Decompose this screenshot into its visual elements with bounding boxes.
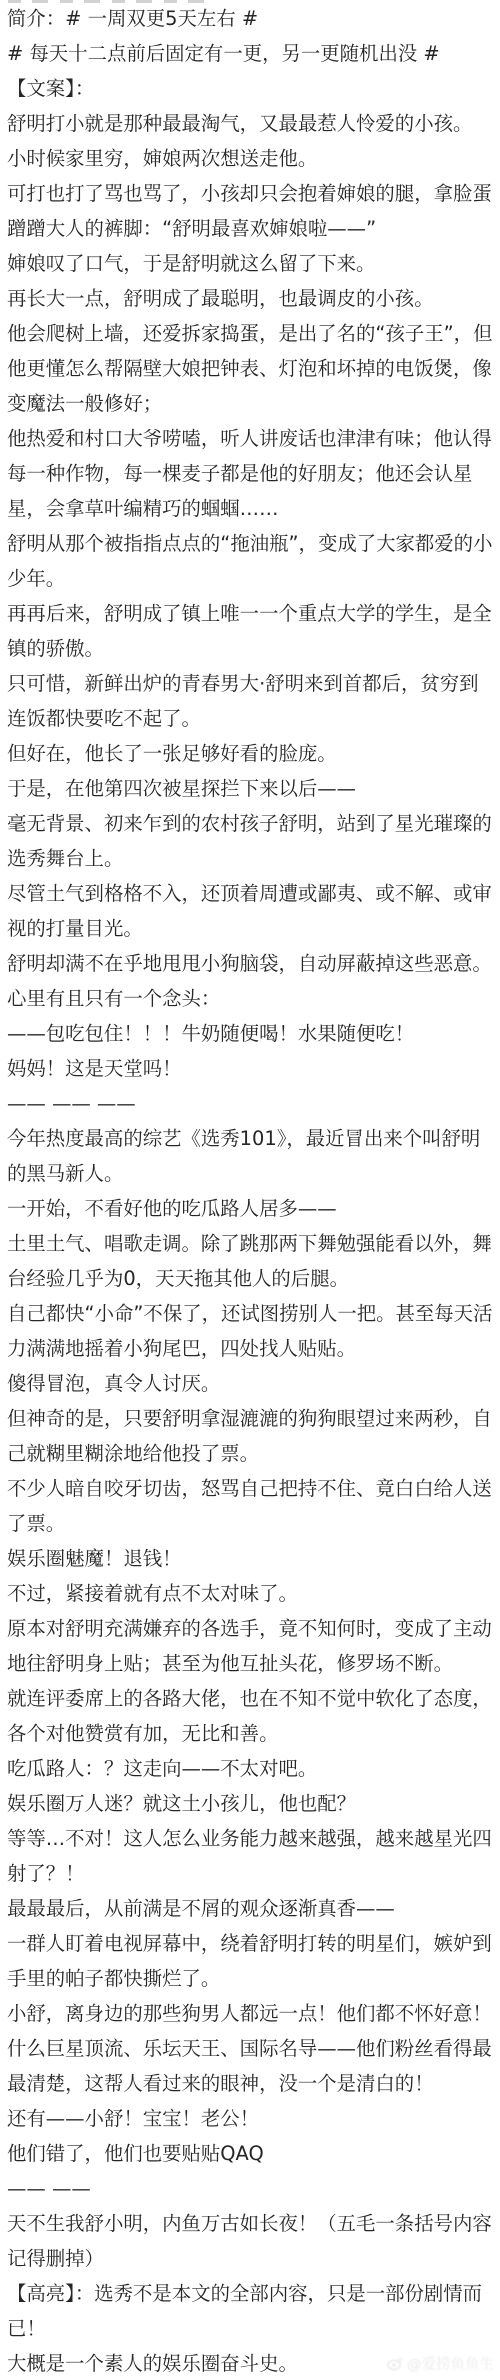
paragraph: 吃瓜路人：？这走向——不太对吧。: [7, 1751, 495, 1786]
paragraph: 【高亮】：选秀不是本文的全部内容，只是一部份剧情而已！: [7, 2276, 495, 2346]
paragraph: 他们错了，他们也要贴贴QAQ: [7, 2136, 495, 2171]
paragraph: 不过，紧接着就有点不太对味了。: [7, 1576, 495, 1611]
paragraph: 什么巨星顶流、乐坛天王、国际名导——他们粉丝看得最最清楚，这帮人看过来的眼神，没…: [7, 2031, 495, 2101]
paragraph: 一群人盯着电视屏幕中，绕着舒明打转的明星们，嫉妒到手里的帕子都快撕烂了。: [7, 1926, 495, 1996]
paragraph: 再长大一点，舒明成了最聪明，也最调皮的小孩。: [7, 281, 495, 316]
paragraph: 心里有且只有一个念头：: [7, 981, 495, 1016]
paragraph: 于是，在他第四次被星探拦下来以后——: [7, 771, 495, 806]
divider-line: —— ——: [7, 2171, 495, 2206]
paragraph: 只可惜，新鲜出炉的青春男大·舒明来到首都后，贫穷到连饭都快要吃不起了。: [7, 666, 495, 736]
paragraph: ——包吃包住！！！牛奶随便喝！水果随便吃！: [7, 1016, 495, 1051]
paragraph: 再再后来，舒明成了镇上唯一一个重点大学的学生，是全镇的骄傲。: [7, 596, 495, 666]
paragraph: # 每天十二点前后固定有一更，另一更随机出没 #: [7, 36, 495, 71]
paragraph: 婶娘叹了口气，于是舒明就这么留了下来。: [7, 246, 495, 281]
paragraph: 原本对舒明充满嫌弃的各选手，竟不知何时，变成了主动地往舒明身上贴；甚至为他互扯头…: [7, 1611, 495, 1681]
paragraph: 还有——小舒！宝宝！老公！: [7, 2101, 495, 2136]
paragraph: 但神奇的是，只要舒明拿湿漉漉的狗狗眼望过来两秒，自己就糊里糊涂地给他投了票。: [7, 1401, 495, 1471]
paragraph: 他会爬树上墙，还爱拆家捣蛋，是出了名的“孩子王”，但他更懂怎么帮隔壁大娘把钟表、…: [7, 316, 495, 421]
paragraph: 娱乐圈魅魔！退钱！: [7, 1541, 495, 1576]
paragraph: 等等…不对！这人怎么业务能力越来越强，越来越星光四射了？！: [7, 1821, 495, 1891]
paragraph: 舒明打小就是那种最最淘气，又最最惹人怜爱的小孩。: [7, 106, 495, 141]
paragraph: 可打也打了骂也骂了，小孩却只会抱着婶娘的腿，拿脸蛋蹭蹭大人的裤脚：“舒明最喜欢婶…: [7, 176, 495, 246]
paragraph: 土里土气、唱歌走调。除了跳那两下舞勉强能看以外，舞台经验几乎为0，天天拖其他人的…: [7, 1226, 495, 1296]
paragraph: 毫无背景、初来乍到的农村孩子舒明，站到了星光璀璨的选秀舞台上。: [7, 806, 495, 876]
paragraph: 舒明从那个被指指点点的“拖油瓶”，变成了大家都爱的小少年。: [7, 526, 495, 596]
paragraph: 但好在，他长了一张足够好看的脸庞。: [7, 736, 495, 771]
paragraph: 就连评委席上的各路大佬，也在不知不觉中软化了态度，各个对他赞赏有加，无比和善。: [7, 1681, 495, 1751]
paragraph: 他热爱和村口大爷唠嗑，听人讲废话也津津有味；他认得每一种作物，每一棵麦子都是他的…: [7, 421, 495, 526]
paragraph: 娱乐圈万人迷？就这土小孩儿，他也配？: [7, 1786, 495, 1821]
weibo-logo-icon: [387, 2356, 404, 2371]
weibo-watermark: @爱捞鱼鱼生: [387, 2353, 494, 2374]
watermark-handle: @爱捞鱼鱼生: [407, 2353, 494, 2374]
paragraph: 【文案】：: [7, 71, 495, 106]
paragraph: 妈妈！这是天堂吗！: [7, 1051, 495, 1086]
paragraph: 最最最后，从前满是不屑的观众逐渐真香——: [7, 1891, 495, 1926]
paragraph: 一开始，不看好他的吃瓜路人居多——: [7, 1191, 495, 1226]
paragraph: 今年热度最高的综艺《选秀101》，最近冒出来个叫舒明的黑马新人。: [7, 1121, 495, 1191]
intro-text: 简介：# 一周双更5天左右 ## 每天十二点前后固定有一更，另一更随机出没 #【…: [0, 1, 500, 2380]
paragraph: 简介：# 一周双更5天左右 #: [7, 1, 495, 36]
paragraph: 自己都快“小命”不保了，还试图捞别人一把。甚至每天活力满满地摇着小狗尾巴，四处找…: [7, 1296, 495, 1366]
paragraph: 天不生我舒小明，内鱼万古如长夜！（五毛一条括号内容记得删掉）: [7, 2206, 495, 2276]
divider-line: —— —— ——: [7, 1086, 495, 1121]
paragraph: 小舒，离身边的那些狗男人都远一点！他们都不怀好意！: [7, 1996, 495, 2031]
paragraph: 小时候家里穷，婶娘两次想送走他。: [7, 141, 495, 176]
paragraph: 尽管土气到格格不入，还顶着周遭或鄙夷、或不解、或审视的打量目光。: [7, 876, 495, 946]
paragraph: 傻得冒泡，真令人讨厌。: [7, 1366, 495, 1401]
paragraph: 舒明却满不在乎地甩甩小狗脑袋，自动屏蔽掉这些恶意。: [7, 946, 495, 981]
paragraph: 不少人暗自咬牙切齿，怒骂自己把持不住、竟白白给人送了票。: [7, 1471, 495, 1541]
novel-intro-page: 简介：# 一周双更5天左右 ## 每天十二点前后固定有一更，另一更随机出没 #【…: [0, 0, 500, 2380]
